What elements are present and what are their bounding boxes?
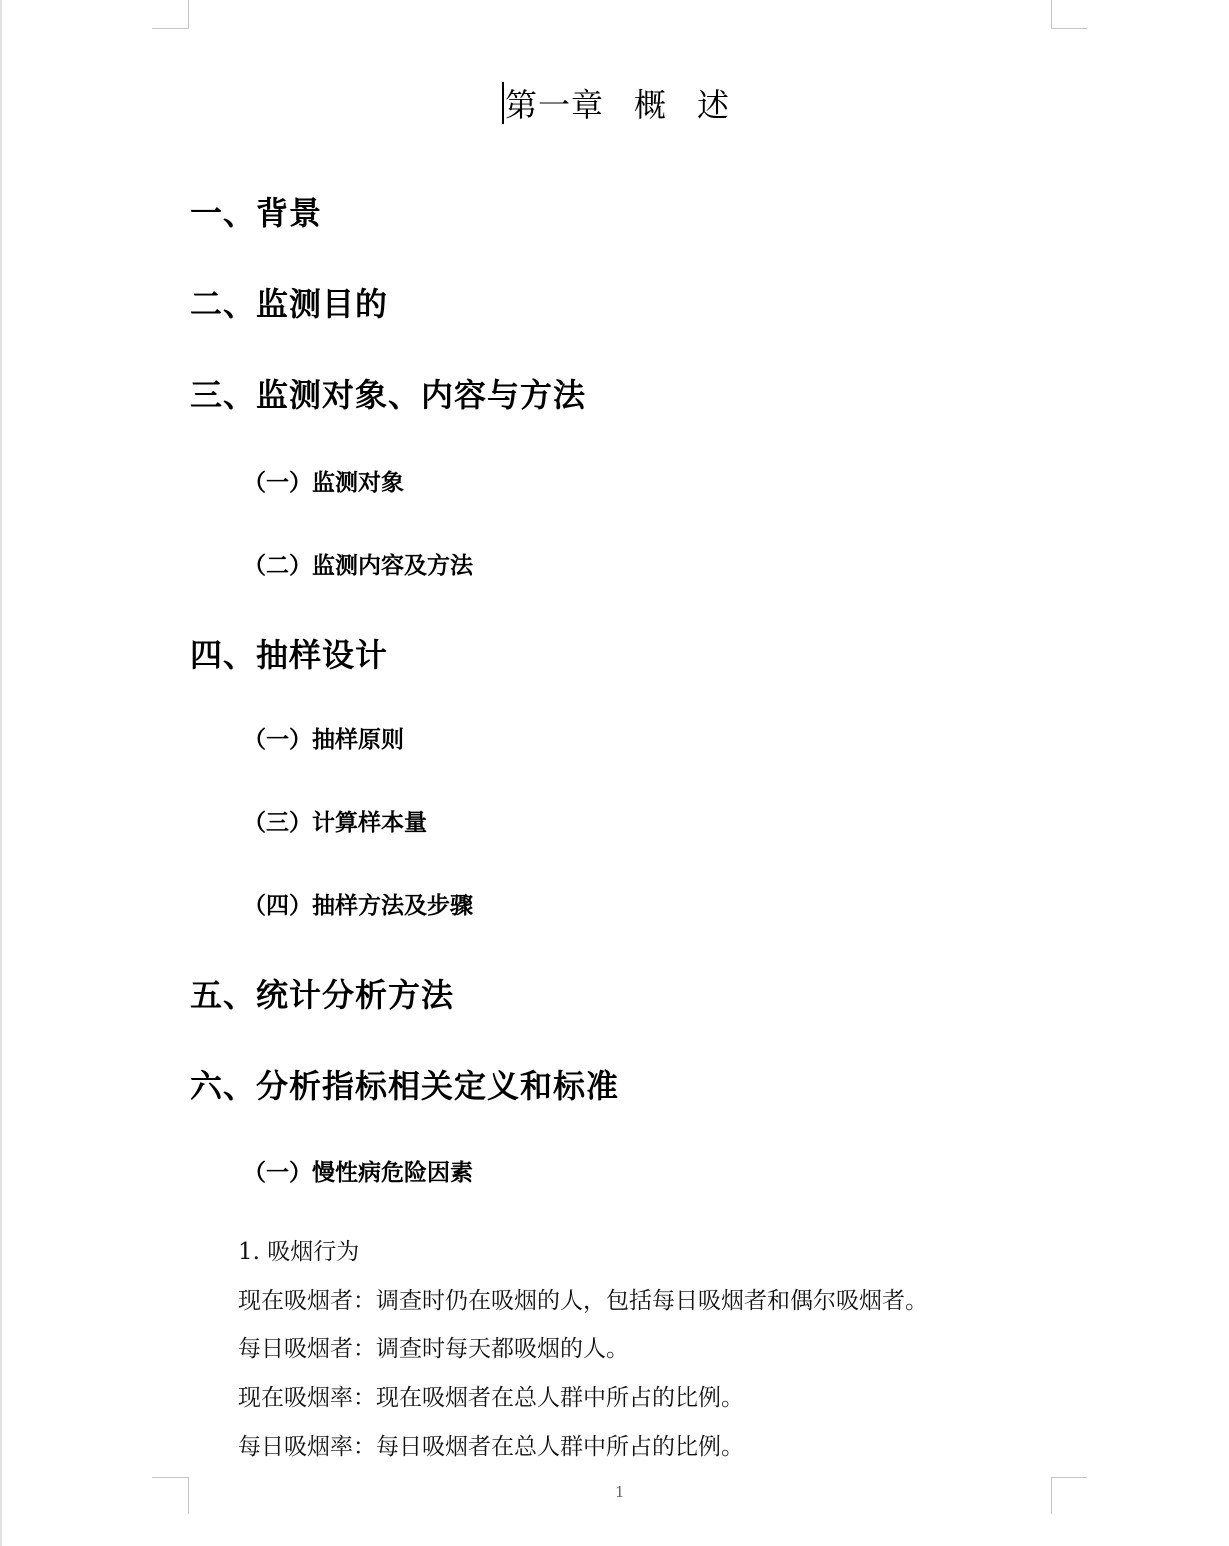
body-line-smoking-behavior: 1. 吸烟行为 — [238, 1233, 359, 1266]
subheading-monitoring-content[interactable]: （二）监测内容及方法 — [243, 547, 473, 580]
corner-mark-top-left-v — [188, 0, 189, 29]
body-line-daily-smoker: 每日吸烟者：调查时每天都吸烟的人。 — [238, 1330, 629, 1363]
heading-statistical-analysis[interactable]: 五、统计分析方法 — [190, 970, 454, 1016]
subheading-sampling-principles[interactable]: （一）抽样原则 — [243, 721, 404, 754]
chapter-title-word2: 述 — [697, 86, 730, 124]
body-line-current-smoking-rate: 现在吸烟率：现在吸烟者在总人群中所占的比例。 — [238, 1379, 744, 1412]
heading-background[interactable]: 一、背景 — [190, 188, 322, 234]
chapter-title-number: 第一章 — [505, 86, 604, 124]
chapter-title-word1: 概 — [634, 86, 667, 124]
chapter-title[interactable]: 第一章概述 — [505, 80, 730, 126]
heading-sampling-design[interactable]: 四、抽样设计 — [190, 630, 388, 676]
corner-mark-top-right-h — [1051, 28, 1087, 29]
subheading-sample-size[interactable]: （三）计算样本量 — [243, 804, 427, 837]
heading-monitoring-purpose[interactable]: 二、监测目的 — [190, 279, 388, 325]
body-line-daily-smoking-rate: 每日吸烟率：每日吸烟者在总人群中所占的比例。 — [238, 1428, 744, 1461]
text-cursor — [502, 82, 504, 124]
page-number: 1 — [615, 1483, 625, 1501]
corner-mark-bottom-left-v — [188, 1477, 189, 1514]
subheading-risk-factors[interactable]: （一）慢性病危险因素 — [243, 1154, 473, 1187]
corner-mark-bottom-right-v — [1051, 1477, 1052, 1514]
subheading-sampling-methods[interactable]: （四）抽样方法及步骤 — [243, 887, 473, 920]
corner-mark-bottom-left-h — [152, 1477, 189, 1478]
corner-mark-bottom-right-h — [1051, 1477, 1087, 1478]
heading-monitoring-objects[interactable]: 三、监测对象、内容与方法 — [190, 370, 586, 416]
page-edge — [0, 0, 2, 1546]
corner-mark-top-right-v — [1051, 0, 1052, 29]
corner-mark-top-left-h — [152, 28, 189, 29]
subheading-monitoring-objects[interactable]: （一）监测对象 — [243, 464, 404, 497]
heading-indicator-definitions[interactable]: 六、分析指标相关定义和标准 — [190, 1061, 619, 1107]
body-line-current-smoker: 现在吸烟者：调查时仍在吸烟的人，包括每日吸烟者和偶尔吸烟者。 — [238, 1282, 928, 1315]
